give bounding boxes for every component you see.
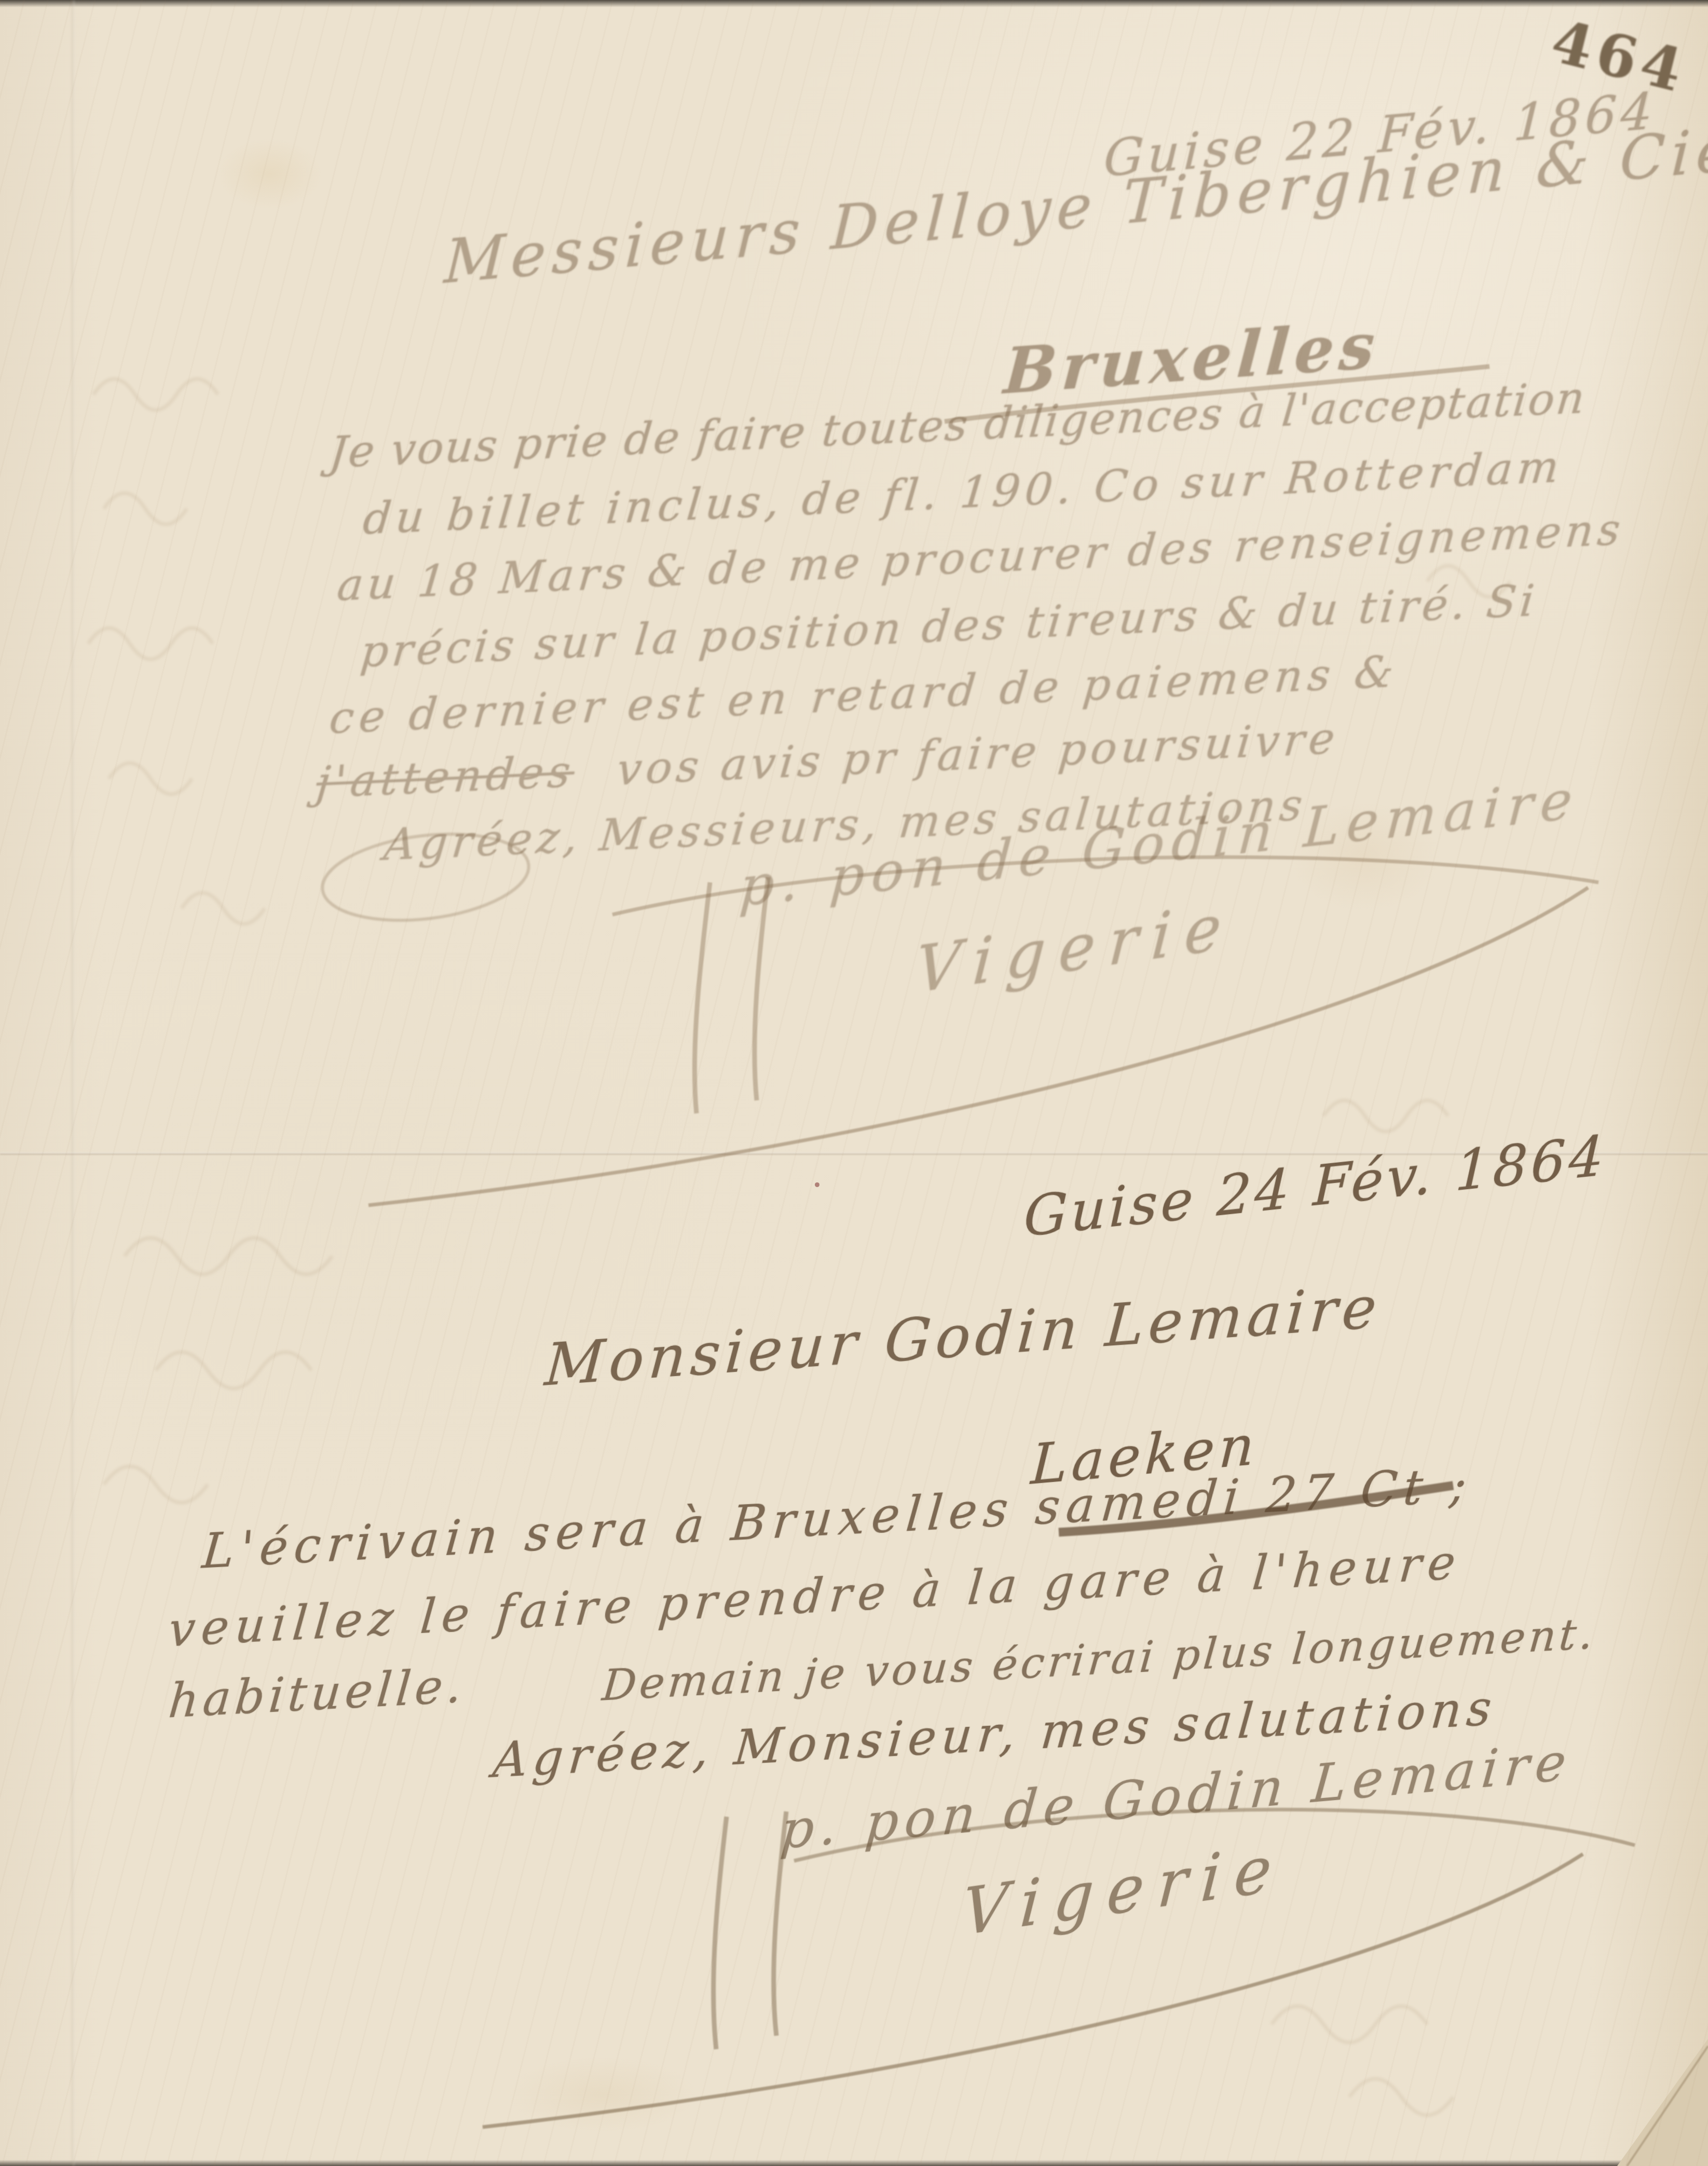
letter1-struck-word: j'attendes	[315, 745, 577, 808]
letter2-body-line: habituelle.	[167, 1658, 468, 1729]
letter2-signature: Vigerie	[960, 1830, 1288, 1950]
signature2-descender-stroke	[714, 1817, 727, 2049]
scan-edge-top	[0, 0, 1708, 7]
paper-stain	[467, 2040, 737, 2149]
vertical-fold-crease	[72, 0, 75, 2166]
letter1-signature: Vigerie	[913, 890, 1237, 1008]
scanned-letter-page: 464 Guise 22 Fév. 1864 Messieurs Delloye…	[0, 0, 1708, 2166]
scan-edge-bottom	[0, 2160, 1708, 2166]
signature1-descender-stroke	[694, 882, 710, 1113]
ink-speck	[815, 1182, 819, 1187]
folded-corner	[1617, 2039, 1708, 2166]
letter2-recipient: Monsieur Godin Lemaire	[543, 1273, 1384, 1399]
paper-stain	[197, 125, 343, 223]
letter2-dateline: Guise 24 Fév. 1864	[1023, 1123, 1608, 1249]
letter1-recipient: Messieurs Delloye Tiberghien & Cie	[443, 114, 1708, 297]
